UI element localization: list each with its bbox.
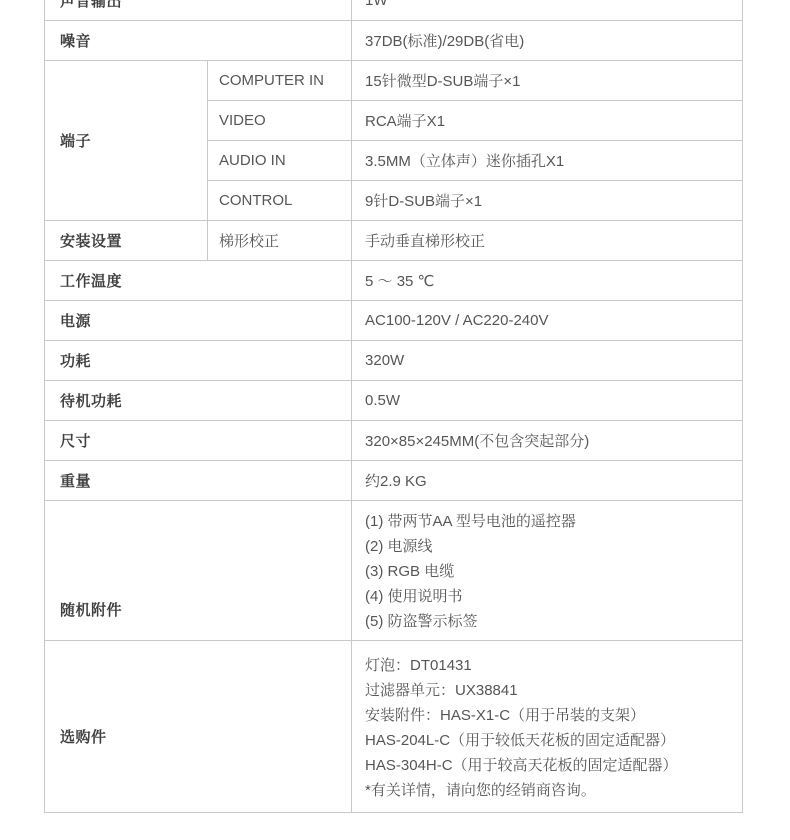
terminal-name-control: CONTROL	[208, 181, 352, 221]
spec-sheet-page: 声音输出 1W 噪音 37DB(标准)/29DB(省电) 端子 COMPUTER…	[0, 0, 790, 840]
accessory-line: (5) 防盗警示标签	[365, 609, 736, 634]
spec-row-terminal-computer-in: 端子 COMPUTER IN 15针微型D-SUB端子×1	[45, 61, 743, 101]
row-label-power-supply: 电源	[45, 301, 352, 341]
spec-row-noise: 噪音 37DB(标准)/29DB(省电)	[45, 21, 743, 61]
spec-row-standby-power: 待机功耗 0.5W	[45, 381, 743, 421]
row-label-standby-power: 待机功耗	[45, 381, 352, 421]
row-label-accessories: 随机附件	[45, 501, 352, 641]
optional-part-line: HAS-204L-C（用于较低天花板的固定适配器）	[365, 728, 736, 753]
spec-row-installation: 安装设置 梯形校正 手动垂直梯形校正	[45, 221, 743, 261]
terminal-name-audio-in: AUDIO IN	[208, 141, 352, 181]
row-value-noise: 37DB(标准)/29DB(省电)	[352, 21, 743, 61]
spec-row-dimensions: 尺寸 320×85×245MM(不包含突起部分)	[45, 421, 743, 461]
row-label-audio-output: 声音输出	[45, 0, 352, 21]
row-value-weight: 约2.9 KG	[352, 461, 743, 501]
row-value-optional-parts: 灯泡：DT01431 过滤器单元：UX38841 安装附件：HAS-X1-C（用…	[352, 641, 743, 813]
terminal-name-video: VIDEO	[208, 101, 352, 141]
optional-part-line: HAS-304H-C（用于较高天花板的固定适配器）	[365, 753, 736, 778]
spec-row-weight: 重量 约2.9 KG	[45, 461, 743, 501]
accessory-line: (3) RGB 电缆	[365, 559, 736, 584]
spec-row-accessories: 随机附件 (1) 带两节AA 型号电池的遥控器 (2) 电源线 (3) RGB …	[45, 501, 743, 641]
terminal-value-control: 9针D-SUB端子×1	[352, 181, 743, 221]
terminal-value-audio-in: 3.5MM（立体声）迷你插孔X1	[352, 141, 743, 181]
terminal-value-computer-in: 15针微型D-SUB端子×1	[352, 61, 743, 101]
terminal-name-computer-in: COMPUTER IN	[208, 61, 352, 101]
row-label-noise: 噪音	[45, 21, 352, 61]
optional-part-line: *有关详情，请向您的经销商咨询。	[365, 778, 736, 803]
spec-row-operating-temp: 工作温度 5 ～ 35 ℃	[45, 261, 743, 301]
spec-row-audio-output: 声音输出 1W	[45, 0, 743, 21]
row-value-installation: 手动垂直梯形校正	[352, 221, 743, 261]
row-value-audio-output: 1W	[352, 0, 743, 21]
row-label-optional-parts: 选购件	[45, 641, 352, 813]
row-label-dimensions: 尺寸	[45, 421, 352, 461]
row-label-installation: 安装设置	[45, 221, 208, 261]
optional-part-line: 灯泡：DT01431	[365, 653, 736, 678]
row-label-operating-temp: 工作温度	[45, 261, 352, 301]
row-value-accessories: (1) 带两节AA 型号电池的遥控器 (2) 电源线 (3) RGB 电缆 (4…	[352, 501, 743, 641]
optional-part-line: 过滤器单元：UX38841	[365, 678, 736, 703]
terminal-value-video: RCA端子X1	[352, 101, 743, 141]
row-value-operating-temp: 5 ～ 35 ℃	[352, 261, 743, 301]
spec-row-optional-parts: 选购件 灯泡：DT01431 过滤器单元：UX38841 安装附件：HAS-X1…	[45, 641, 743, 813]
accessory-line: (4) 使用说明书	[365, 584, 736, 609]
accessory-line: (2) 电源线	[365, 534, 736, 559]
row-label-power-consumption: 功耗	[45, 341, 352, 381]
row-value-standby-power: 0.5W	[352, 381, 743, 421]
row-value-power-supply: AC100-120V / AC220-240V	[352, 301, 743, 341]
row-label-terminals: 端子	[45, 61, 208, 221]
spec-row-power-consumption: 功耗 320W	[45, 341, 743, 381]
spec-table: 声音输出 1W 噪音 37DB(标准)/29DB(省电) 端子 COMPUTER…	[44, 0, 743, 813]
row-label-weight: 重量	[45, 461, 352, 501]
accessory-line: (1) 带两节AA 型号电池的遥控器	[365, 509, 736, 534]
row-value-power-consumption: 320W	[352, 341, 743, 381]
spec-row-power-supply: 电源 AC100-120V / AC220-240V	[45, 301, 743, 341]
installation-sub-label: 梯形校正	[208, 221, 352, 261]
row-value-dimensions: 320×85×245MM(不包含突起部分)	[352, 421, 743, 461]
optional-part-line: 安装附件：HAS-X1-C（用于吊装的支架）	[365, 703, 736, 728]
